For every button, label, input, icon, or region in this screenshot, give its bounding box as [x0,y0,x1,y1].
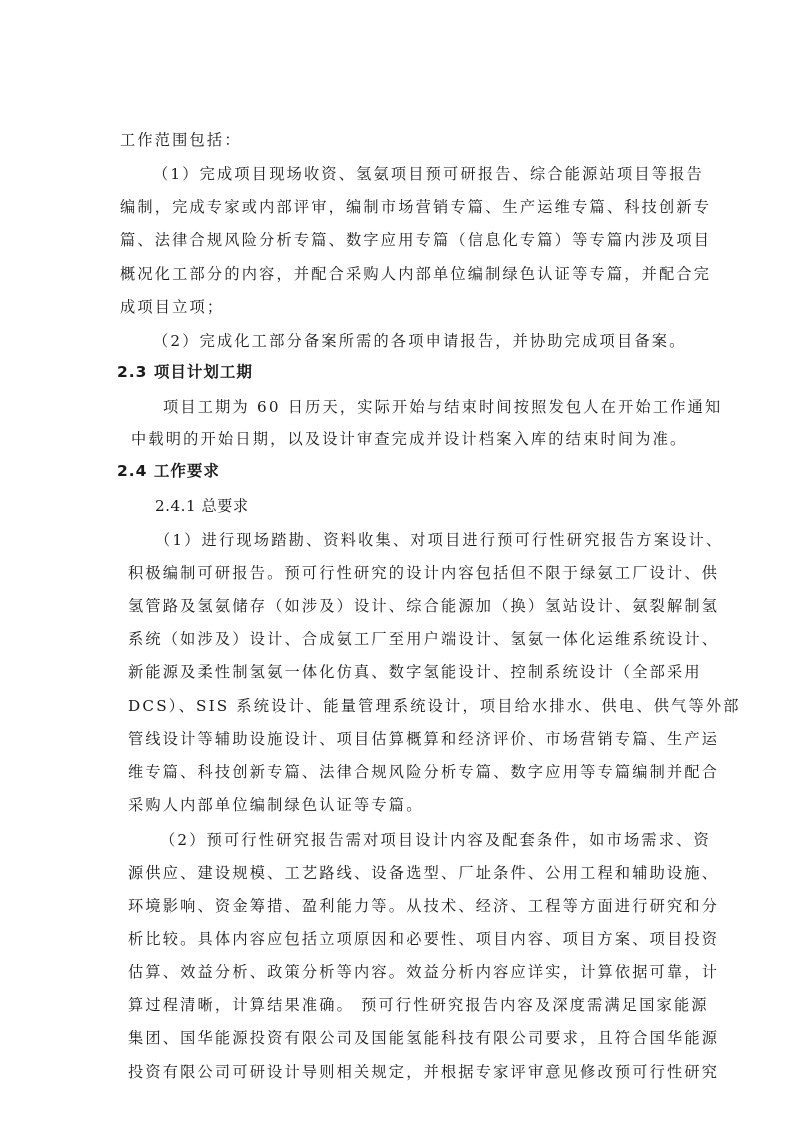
req-item2-line2: 源供应、建设规模、工艺路线、设备选型、厂址条件、公用工程和辅助设施、 [128,863,719,883]
req-item1-line6: DCS）、SIS 系统设计、能量管理系统设计，项目给水排水、供电、供气等外部 [128,696,741,716]
req-item1-line2: 积极编制可研报告。预可行性研究的设计内容包括但不限于绿氨工厂设计、供 [128,563,719,583]
scope-item1-line4: 概况化工部分的内容，并配合采购人内部单位编制绿色认证等专篇，并配合完 [120,264,711,284]
scope-item1-line1: （1）完成项目现场收资、氢氨项目预可研报告、综合能源站项目等报告 [153,164,704,184]
req-item1-line3: 氢管路及氢氨储存（如涉及）设计、综合能源加（换）氢站设计、氨裂解制氢 [128,596,719,616]
req-item2-line8: 投资有限公司可研设计导则相关规定，并根据专家评审意见修改预可行性研究 [128,1062,719,1082]
section-2-3-heading: 2.3 项目计划工期 [117,362,253,382]
scope-item1-line2: 编制，完成专家或内部评审，编制市场营销专篇、生产运维专篇、科技创新专 [120,197,711,217]
req-item2-line5: 估算、效益分析、政策分析等内容。效益分析内容应详实，计算依据可靠，计 [128,962,719,982]
section-2-3-line2: 中载明的开始日期，以及设计审查完成并设计档案入库的结束时间为准。 [131,429,687,449]
req-item2-line1: （2）预可行性研究报告需对项目设计内容及配套条件，如市场需求、资 [160,830,711,850]
section-2-4-1-subheading: 2.4.1 总要求 [155,496,249,516]
scope-intro: 工作范围包括： [120,130,242,150]
scope-item2: （2）完成化工部分备案所需的各项申请报告，并协助完成项目备案。 [153,331,687,351]
scope-item1-line3: 篇、法律合规风险分析专篇、数字应用专篇（信息化专篇）等专篇内涉及项目 [120,230,711,250]
req-item1-line4: 系统（如涉及）设计、合成氨工厂至用户端设计、氢氨一体化运维系统设计、 [128,629,719,649]
req-item2-line7: 集团、国华能源投资有限公司及国能氢能科技有限公司要求，且符合国华能源 [128,1028,719,1048]
section-2-3-line1: 项目工期为 60 日历天，实际开始与结束时间按照发包人在开始工作通知 [163,397,722,417]
req-item1-line8: 维专篇、科技创新专篇、法律合规风险分析专篇、数字应用等专篇编制并配合 [128,762,719,782]
req-item1-line7: 管线设计等辅助设施设计、项目估算概算和经济评价、市场营销专篇、生产运 [128,729,719,749]
req-item1-line1: （1）进行现场踏勘、资料收集、对项目进行预可行性研究报告方案设计、 [155,530,723,550]
section-2-4-heading: 2.4 工作要求 [117,461,220,481]
req-item2-line4: 析比较。具体内容应包括立项原因和必要性、项目内容、项目方案、项目投资 [128,929,719,949]
req-item2-line3: 环境影响、资金筹措、盈利能力等。从技术、经济、工程等方面进行研究和分 [128,896,719,916]
document-page: 工作范围包括： （1）完成项目现场收资、氢氨项目预可研报告、综合能源站项目等报告… [0,0,794,1123]
scope-item1-line5: 成项目立项； [120,297,224,317]
req-item1-line5: 新能源及柔性制氢氨一体化仿真、数字氢能设计、控制系统设计（全部采用 [128,662,702,682]
req-item1-line9: 采购人内部单位编制绿色认证等专篇。 [128,795,424,815]
req-item2-line6: 算过程清晰，计算结果准确。 预可行性研究报告内容及深度需满足国家能源 [128,995,709,1015]
